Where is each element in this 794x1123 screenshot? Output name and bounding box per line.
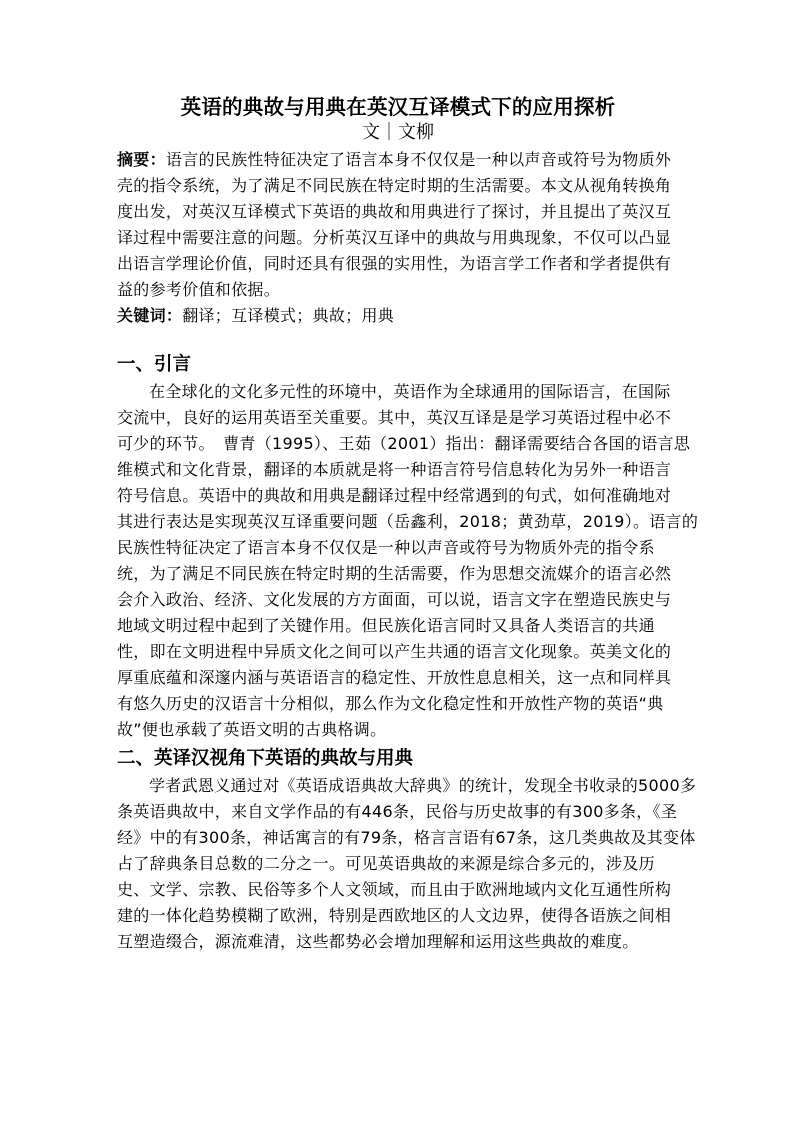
keywords-label: 关键词： xyxy=(117,306,182,325)
body-line: 厚重底蕴和深邃内涵与英语语言的稳定性、开放性息息相关，这一点和同样具 xyxy=(117,665,679,691)
body-line: 建的一体化趋势模糊了欧洲，特别是西欧地区的人文边界，使得各语族之间相 xyxy=(117,903,679,929)
body-line: 条英语典故中，来自文学作品的有446条，民俗与历史故事的有300多条，《圣 xyxy=(117,799,679,825)
body-line: 其进行表达是实现英汉互译重要问题（岳鑫利，2018；黄劲草，2019）。语言的 xyxy=(117,509,679,535)
body-line: 民族性特征决定了语言本身不仅仅是一种以声音或符号为物质外壳的指令系 xyxy=(117,535,679,561)
abstract-line-6: 益的参考价值和依据。 xyxy=(117,277,679,303)
abstract-line-2: 壳的指令系统，为了满足不同民族在特定时期的生活需要。本文从视角转换角 xyxy=(117,173,679,199)
body-line: 学者武恩义通过对《英语成语典故大辞典》的统计，发现全书收录的5000多 xyxy=(117,773,679,799)
body-line: 会介入政治、经济、文化发展的方方面面，可以说，语言文字在塑造民族史与 xyxy=(117,587,679,613)
body-line: 符号信息。英语中的典故和用典是翻译过程中经常遇到的句式，如何准确地对 xyxy=(117,483,679,509)
section-1-body: 在全球化的文化多元性的环境中，英语作为全球通用的国际语言，在国际 交流中，良好的… xyxy=(117,379,679,743)
body-line: 经》中的有300条，神话寓言的有79条，格言言语有67条，这几类典故及其变体 xyxy=(117,825,679,851)
abstract-line-3: 度出发，对英汉互译模式下英语的典故和用典进行了探讨，并且提出了英汉互 xyxy=(117,199,679,225)
body-line: 互塑造缀合，源流难清，这些都势必会增加理解和运用这些典故的难度。 xyxy=(117,929,679,955)
abstract-label: 摘要： xyxy=(117,150,166,169)
section-2-body: 学者武恩义通过对《英语成语典故大辞典》的统计，发现全书收录的5000多 条英语典… xyxy=(117,773,679,955)
section-heading-allusions: 二、英译汉视角下英语的典故与用典 xyxy=(117,745,679,773)
keywords: 关键词：翻译；互译模式；典故；用典 xyxy=(117,303,679,329)
abstract-line-1: 摘要：语言的民族性特征决定了语言本身不仅仅是一种以声音或符号为物质外 xyxy=(117,147,679,173)
article-title: 英语的典故与用典在英汉互译模式下的应用探析 xyxy=(117,93,679,121)
body-line: 维模式和文化背景，翻译的本质就是将一种语言符号信息转化为另外一种语言 xyxy=(117,457,679,483)
body-line: 性，即在文明进程中异质文化之间可以产生共通的语言文化现象。英美文化的 xyxy=(117,639,679,665)
body-line: 史、文学、宗教、民俗等多个人文领域，而且由于欧洲地域内文化互通性所构 xyxy=(117,877,679,903)
body-line: 地域文明过程中起到了关键作用。但民族化语言同时又具备人类语言的共通 xyxy=(117,613,679,639)
document-page: 英语的典故与用典在英汉互译模式下的应用探析 文｜文柳 摘要：语言的民族性特征决定… xyxy=(117,93,679,955)
abstract-line-5: 出语言学理论价值，同时还具有很强的实用性，为语言学工作者和学者提供有 xyxy=(117,251,679,277)
body-line: 交流中，良好的运用英语至关重要。其中，英汉互译是是学习英语过程中必不 xyxy=(117,405,679,431)
body-line: 占了辞典条目总数的二分之一。可见英语典故的来源是综合多元的，涉及历 xyxy=(117,851,679,877)
body-line: 可少的环节。 曹青（1995）、王茹（2001）指出：翻译需要结合各国的语言思 xyxy=(117,431,679,457)
body-line: 有悠久历史的汉语言十分相似，那么作为文化稳定性和开放性产物的英语“典 xyxy=(117,691,679,717)
keywords-text: 翻译；互译模式；典故；用典 xyxy=(182,306,394,325)
body-line: 故”便也承载了英语文明的古典格调。 xyxy=(117,717,679,743)
abstract: 摘要：语言的民族性特征决定了语言本身不仅仅是一种以声音或符号为物质外 壳的指令系… xyxy=(117,147,679,303)
body-line: 在全球化的文化多元性的环境中，英语作为全球通用的国际语言，在国际 xyxy=(117,379,679,405)
body-line: 统，为了满足不同民族在特定时期的生活需要，作为思想交流媒介的语言必然 xyxy=(117,561,679,587)
author-line: 文｜文柳 xyxy=(117,121,679,145)
section-heading-introduction: 一、引言 xyxy=(117,351,679,379)
abstract-line-4: 译过程中需要注意的问题。分析英汉互译中的典故与用典现象，不仅可以凸显 xyxy=(117,225,679,251)
